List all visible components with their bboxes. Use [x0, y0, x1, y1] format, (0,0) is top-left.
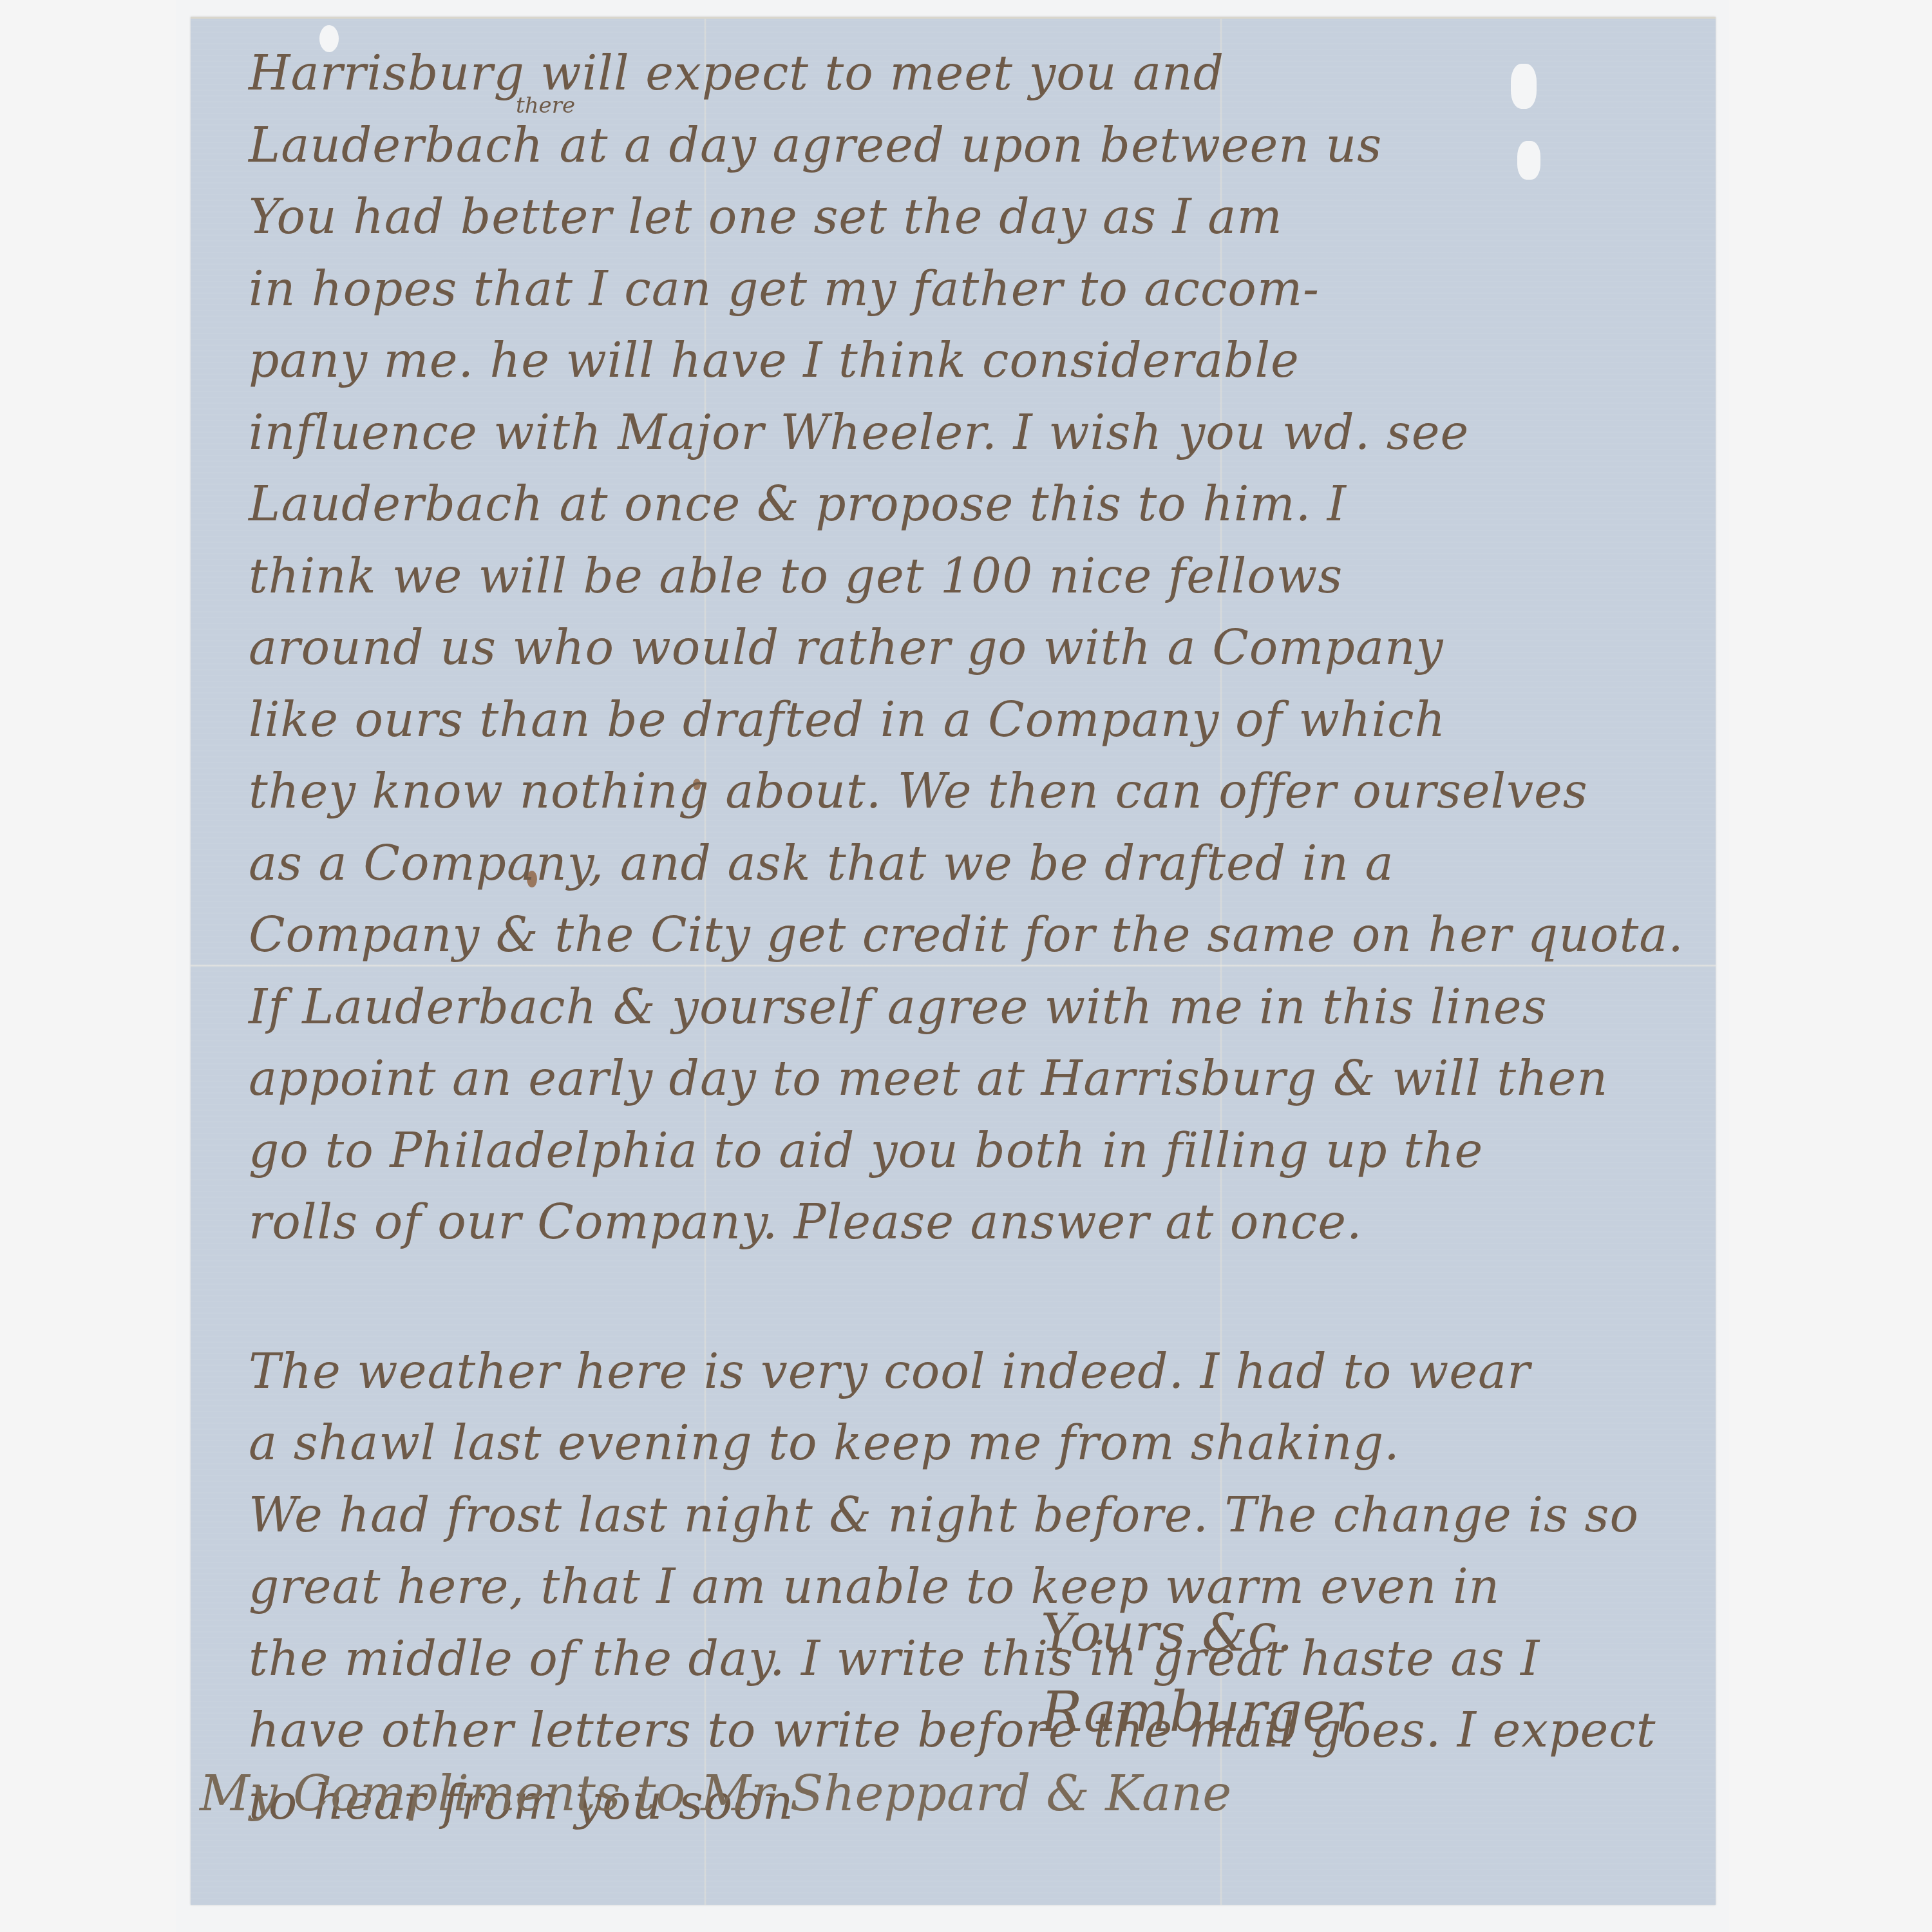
letter-line: great here, that I am unable to keep war… [249, 1551, 1665, 1624]
letter-line: go to Philadelphia to aid you both in fi… [249, 1115, 1665, 1188]
letter-line: rolls of our Company. Please answer at o… [249, 1187, 1665, 1259]
letter-line: We had frost last night & night before. … [249, 1480, 1665, 1552]
letter-line: have other letters to write before the m… [249, 1695, 1665, 1767]
letter-line: pany me. he will have I think considerab… [249, 325, 1665, 397]
letter-line: in hopes that I can get my father to acc… [249, 254, 1665, 326]
paragraph-gap [249, 1259, 1665, 1336]
letter-page: there Harrisburg will expect to meet you… [191, 17, 1716, 1905]
letter-line: The weather here is very cool indeed. I … [249, 1336, 1665, 1408]
letter-line: like ours than be drafted in a Company o… [249, 685, 1665, 757]
letter-line: You had better let one set the day as I … [249, 182, 1665, 254]
letter-line: the middle of the day. I write this in g… [249, 1624, 1665, 1696]
letter-line: Lauderbach at a day agreed upon between … [249, 110, 1665, 182]
letter-line: appoint an early day to meet at Harrisbu… [249, 1043, 1665, 1115]
letter-line: a shawl last evening to keep me from sha… [249, 1408, 1665, 1480]
closing: Yours &c. [1041, 1603, 1293, 1663]
letter-line: around us who would rather go with a Com… [249, 612, 1665, 685]
letter-line: Lauderbach at once & propose this to him… [249, 469, 1665, 541]
letter-line: as a Company, and ask that we be drafted… [249, 828, 1665, 900]
letter-line: think we will be able to get 100 nice fe… [249, 541, 1665, 613]
letter-line: Harrisburg will expect to meet you and [249, 38, 1665, 110]
letter-line: they know nothing about. We then can off… [249, 756, 1665, 828]
signature: Ramburger [1041, 1680, 1361, 1745]
postscript: My Compliments to Mr Sheppard & Kane [200, 1765, 1231, 1822]
letter-line: influence with Major Wheeler. I wish you… [249, 397, 1665, 469]
letter-line: If Lauderbach & yourself agree with me i… [249, 972, 1665, 1044]
letter-body: Harrisburg will expect to meet you and L… [249, 38, 1665, 1839]
letter-line: Company & the City get credit for the sa… [249, 900, 1665, 972]
